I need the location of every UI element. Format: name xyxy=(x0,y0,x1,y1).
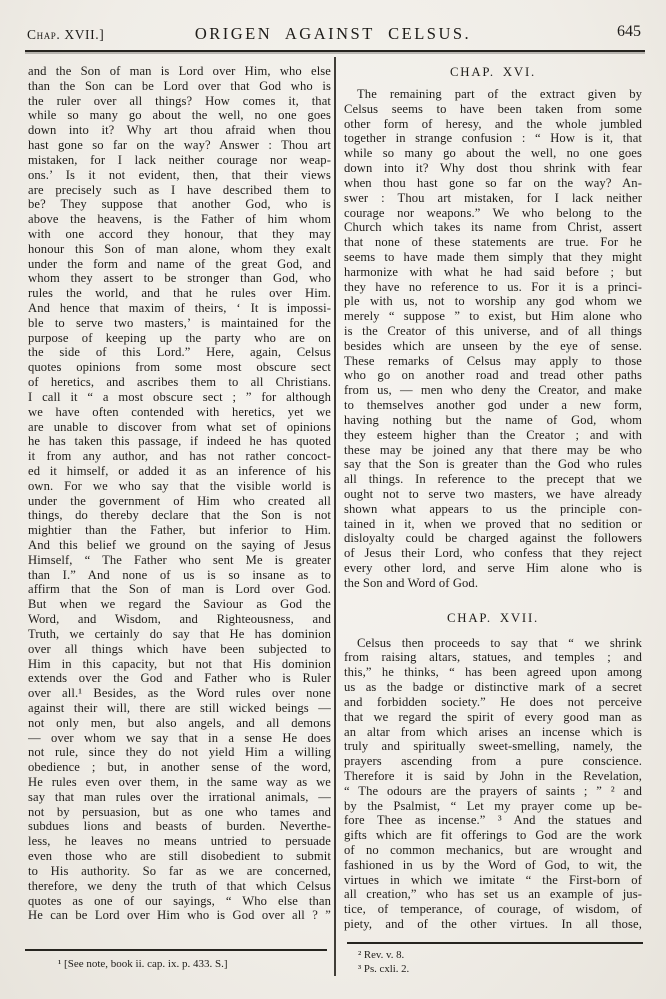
text-line: Celsus then proceeds to say that “ we sh… xyxy=(344,636,642,651)
text-line: hast gone so far on the way? Answer : Th… xyxy=(28,138,331,153)
text-line: Himself, “ The Father who sent Me is gre… xyxy=(28,553,331,568)
text-line: But when we regard the Saviour as God th… xyxy=(28,597,331,612)
book-page: Chap. XVII.] ORIGEN AGAINST CELSUS. 645 … xyxy=(0,0,666,999)
text-line: he has taken this passage, if indeed he … xyxy=(28,434,331,449)
text-line: shown what appears to us the principle c… xyxy=(344,502,642,517)
text-line: ed it himself, or added it as an inferen… xyxy=(28,464,331,479)
text-line: under the government of Him who created … xyxy=(28,494,331,509)
left-column: and the Son of man is Lord over Him, who… xyxy=(28,64,331,923)
footnote-ps: ³ Ps. cxli. 2. xyxy=(358,962,409,976)
text-line: Celsus seems to have been taken from som… xyxy=(344,102,642,117)
text-line: And hence that maxim of theirs, ‘ It is … xyxy=(28,301,331,316)
text-line: the side of this Lord.” Here, again, Cel… xyxy=(28,345,331,360)
text-line: over all.¹ Besides, as the Word rules ov… xyxy=(28,686,331,701)
text-line: from us, — men who deny the Creator, and… xyxy=(344,383,642,398)
text-line: the ruler over all things? How comes it,… xyxy=(28,94,331,109)
text-line: every other lord, and serve Him alone wh… xyxy=(344,561,642,576)
text-line: piety, and of the other virtues. In all … xyxy=(344,917,642,932)
text-line: “ The odours are the prayers of saints ;… xyxy=(344,784,642,799)
text-line: they esteem higher than the Creator ; an… xyxy=(344,428,642,443)
header-rule xyxy=(25,50,645,52)
text-line: from raising altars, statues, and temple… xyxy=(344,650,642,665)
text-line: therefore, we deny the truth of that whi… xyxy=(28,879,331,894)
text-line: and the Son of man is Lord over Him, who… xyxy=(28,64,331,79)
text-line: honour this Son of man alone, whom they … xyxy=(28,242,331,257)
text-line: affirm that the Son of man is Lord over … xyxy=(28,582,331,597)
text-line: when thou hast gone so far on the way? A… xyxy=(344,176,642,191)
text-line: — over whom we say that in a sense He do… xyxy=(28,731,331,746)
text-line: it from any author, and has not rather c… xyxy=(28,449,331,464)
text-line: truly and spiritually sweet-smelling, na… xyxy=(344,739,642,754)
text-line: seems to have made them simply that they… xyxy=(344,250,642,265)
text-line: all things. In reference to the precept … xyxy=(344,472,642,487)
text-line: subdues lions and beasts of burden. Neve… xyxy=(28,819,331,834)
text-line: say that man rules over the irrational a… xyxy=(28,790,331,805)
text-line: of no common mechanics, but are wrought … xyxy=(344,843,642,858)
text-line: these may be joined any that there may b… xyxy=(344,443,642,458)
text-line: besides which are unseen by the eye of s… xyxy=(344,339,642,354)
text-line: that we regard the spirit of every good … xyxy=(344,710,642,725)
text-line: things, do thereby declare that the Son … xyxy=(28,508,331,523)
text-line: merely “ suppose ” to exist, but Him alo… xyxy=(344,309,642,324)
text-line: having nothing but the name of God, whom xyxy=(344,413,642,428)
text-line: virtues in which we imitate “ the First-… xyxy=(344,873,642,888)
text-line: to His authority. So far as we are conce… xyxy=(28,864,331,879)
text-line: over all things which have been subjecte… xyxy=(28,642,331,657)
text-line: are unable to discover from what set of … xyxy=(28,420,331,435)
text-line: with one accord they honour, that they m… xyxy=(28,227,331,242)
text-line: say that the Son is greater than the God… xyxy=(344,457,642,472)
text-line: Him in this capacity, but not that His d… xyxy=(28,657,331,672)
text-line: Truth, we certainly do say that He has d… xyxy=(28,627,331,642)
text-line: The remaining part of the extract given … xyxy=(344,87,642,102)
text-line: Church which takes its name from Christ,… xyxy=(344,220,642,235)
text-line: quotes opinions from some most obscure s… xyxy=(28,360,331,375)
chap-xvii-paragraph: Celsus then proceeds to say that “ we sh… xyxy=(344,636,642,932)
text-line: down into it? Why art thou afraid when t… xyxy=(28,123,331,138)
text-line: He rules even over them, in the same way… xyxy=(28,775,331,790)
text-line: tice, of temperance, of courage, of wisd… xyxy=(344,902,642,917)
text-line: own. For we who say that the visible wor… xyxy=(28,479,331,494)
text-line: mistaken, for I lack neither courage nor… xyxy=(28,153,331,168)
footnote-rule-right xyxy=(347,942,643,944)
text-line: us as the badge or distinctive mark of a… xyxy=(344,680,642,695)
text-line: Therefore it is said by John in the Reve… xyxy=(344,769,642,784)
text-line: they have no reference to us. For it is … xyxy=(344,280,642,295)
text-line: under the form and name of the great God… xyxy=(28,257,331,272)
text-line: of Jesus their Lord, who confess that th… xyxy=(344,546,642,561)
text-line: other form of heresy, and the whole jumb… xyxy=(344,117,642,132)
text-line: this,” he thinks, “ has been agreed upon… xyxy=(344,665,642,680)
text-line: is the Creator of this universe, and of … xyxy=(344,324,642,339)
left-body-paragraph: and the Son of man is Lord over Him, who… xyxy=(28,64,331,923)
text-line: gifts which are fit offerings to God are… xyxy=(344,828,642,843)
chap-xvii-heading: CHAP. XVII. xyxy=(344,611,642,626)
text-line: whom they assert to be stronger than God… xyxy=(28,271,331,286)
text-line: courage nor weapons.” We who belong to t… xyxy=(344,206,642,221)
chap-xvi-heading: CHAP. XVI. xyxy=(344,65,642,80)
text-line: ons.’ Is it not evident, then, that thei… xyxy=(28,168,331,183)
text-line: rules the world, and that he rules over … xyxy=(28,286,331,301)
text-line: together in strange confusion : “ How is… xyxy=(344,131,642,146)
text-line: that none of these statements are true. … xyxy=(344,235,642,250)
text-line: tained in it, when we proved that no sed… xyxy=(344,517,642,532)
page-number: 645 xyxy=(617,23,641,41)
column-divider xyxy=(334,57,336,976)
text-line: of heretics, and ascribes them to all Ch… xyxy=(28,375,331,390)
text-line: Word, and Wisdom, and Righteousness, and xyxy=(28,612,331,627)
text-line: obedience ; but, in another sense of the… xyxy=(28,760,331,775)
text-line: And this belief we ground on the saying … xyxy=(28,538,331,553)
text-line: even those who are still disobedient to … xyxy=(28,849,331,864)
text-line: be? They suppose that another God, who i… xyxy=(28,197,331,212)
footnote-left: ¹ [See note, book ii. cap. ix. p. 433. S… xyxy=(58,958,228,970)
text-line: extends over the God and Father who is R… xyxy=(28,671,331,686)
text-line: and forbidden society.” He does not perc… xyxy=(344,695,642,710)
text-line: the Son and Word of God. xyxy=(344,576,642,591)
footnotes-right: ² Rev. v. 8. ³ Ps. cxli. 2. xyxy=(358,948,409,976)
text-line: quotes as one of our sayings, “ Who else… xyxy=(28,894,331,909)
text-line: against their will, there are still wick… xyxy=(28,701,331,716)
text-line: swer : Thou art mistaken, for I lack nei… xyxy=(344,191,642,206)
text-line: These remarks of Celsus may apply to tho… xyxy=(344,354,642,369)
footnote-rule-left xyxy=(25,949,327,951)
text-line: than the Son can be Lord over that God w… xyxy=(28,79,331,94)
text-line: down into it? Why dost thou shrink with … xyxy=(344,161,642,176)
text-line: not by persuasion, but as one who tames … xyxy=(28,805,331,820)
text-line: who go on another road and tread other p… xyxy=(344,368,642,383)
text-line: not only men, but also angels, and all d… xyxy=(28,716,331,731)
text-line: disloyalty could be charged against the … xyxy=(344,531,642,546)
text-line: are precisely such as I have described t… xyxy=(28,183,331,198)
text-line: while so many go about the well, no one … xyxy=(28,108,331,123)
text-line: we have often contended with heretics, y… xyxy=(28,405,331,420)
text-line: an altar from which arises an incense wh… xyxy=(344,725,642,740)
text-line: all creation,” who has set us an example… xyxy=(344,887,642,902)
text-line: above the heavens, is the Father of him … xyxy=(28,212,331,227)
text-line: mightier than the Father, but inferior t… xyxy=(28,523,331,538)
text-line: not rule, since they do not yield Him a … xyxy=(28,745,331,760)
text-line: fore Thee as incense.” ³ And the statues… xyxy=(344,813,642,828)
chap-xvi-paragraph: The remaining part of the extract given … xyxy=(344,87,642,591)
text-line: less, he leaves no means untried to pers… xyxy=(28,834,331,849)
text-line: by the Psalmist, “ Let my prayer come up… xyxy=(344,799,642,814)
right-column: CHAP. XVI. The remaining part of the ext… xyxy=(344,62,642,932)
text-line: than I.” And none of us is so insane as … xyxy=(28,568,331,583)
text-line: ought not to serve two masters, we have … xyxy=(344,487,642,502)
text-line: purpose of keeping up the party who are … xyxy=(28,331,331,346)
footnote-rev: ² Rev. v. 8. xyxy=(358,948,409,962)
text-line: harmonize with what he had said before ;… xyxy=(344,265,642,280)
running-title: ORIGEN AGAINST CELSUS. xyxy=(0,24,666,44)
text-line: ble to serve two masters,’ is maintained… xyxy=(28,316,331,331)
text-line: while so many go about the well, no one … xyxy=(344,146,642,161)
text-line: fashioned in us by the Word of God, to w… xyxy=(344,858,642,873)
text-line: to themselves another god under a new fo… xyxy=(344,398,642,413)
text-line: I call it “ a most obscure sect ; ” for … xyxy=(28,390,331,405)
text-line: prayers ascending from a pure conscience… xyxy=(344,754,642,769)
text-line: ple with us, not to worship any god whom… xyxy=(344,294,642,309)
text-line: He can be Lord over Him who is God over … xyxy=(28,908,331,923)
